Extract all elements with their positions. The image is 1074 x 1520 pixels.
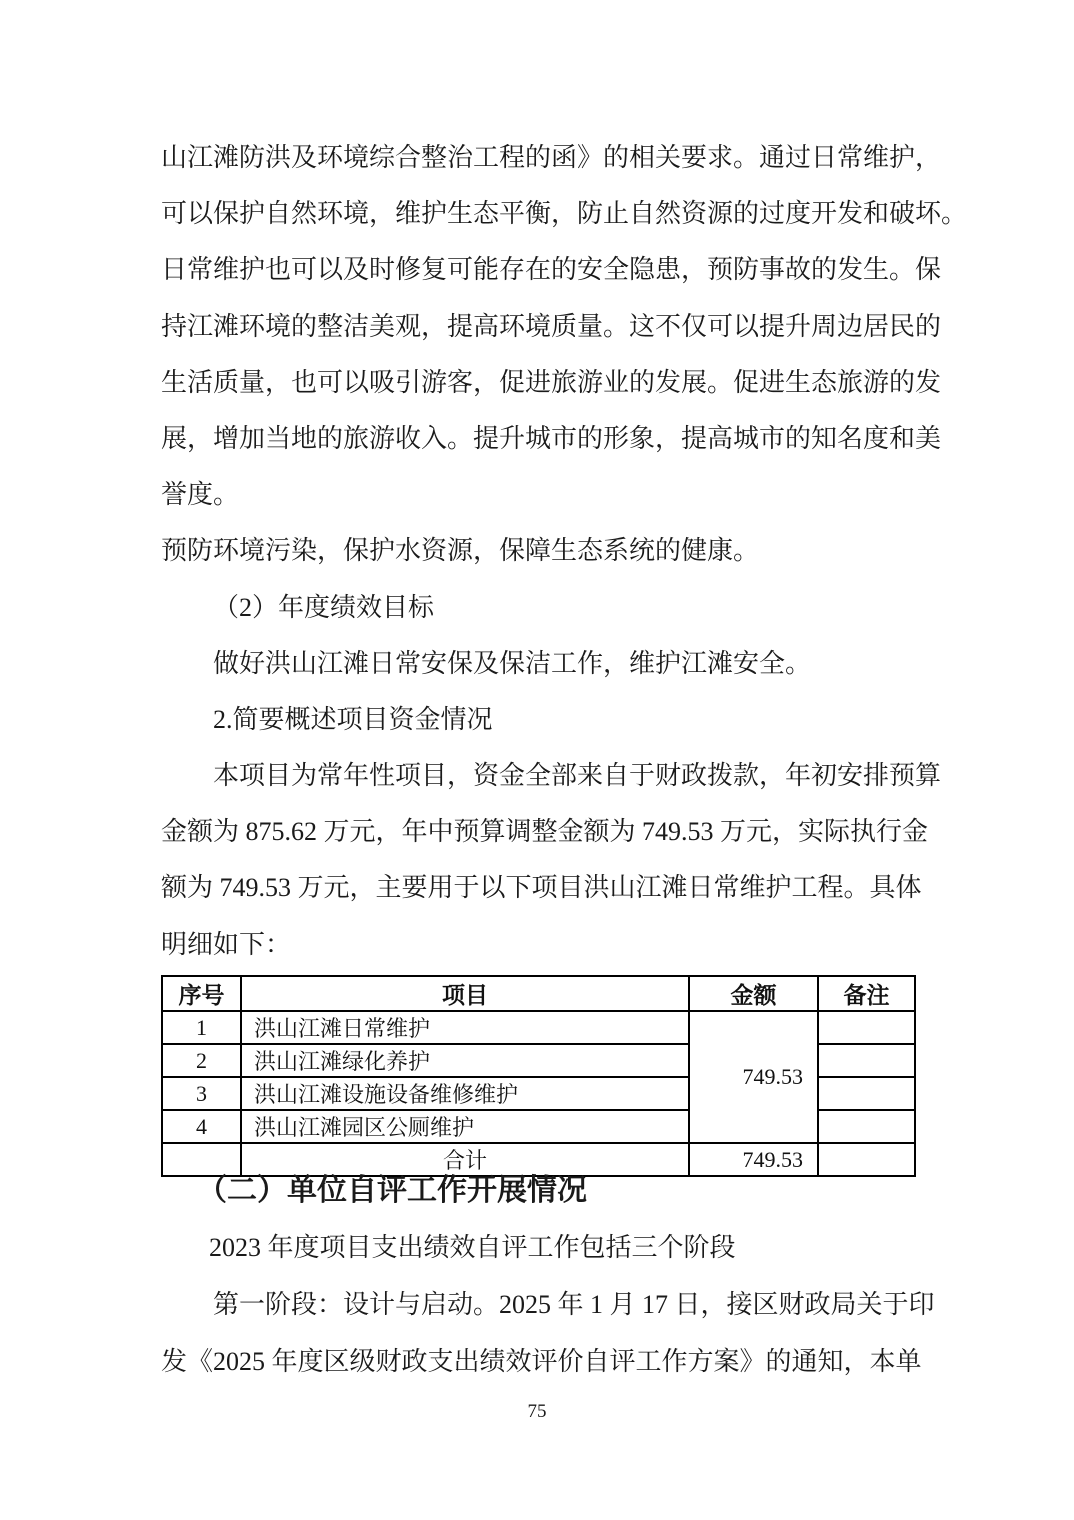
document-page: 山江滩防洪及环境综合整治工程的函》的相关要求。通过日常维护， 可以保护自然环境，…	[0, 0, 1074, 1520]
page-number: 75	[0, 1400, 1074, 1424]
row-note-cell	[818, 1044, 915, 1077]
body-line: 明细如下：	[161, 917, 914, 973]
row-no-cell: 1	[162, 1011, 241, 1044]
table-row: 1 洪山江滩日常维护 749.53	[162, 1011, 915, 1044]
body-text-top: 山江滩防洪及环境综合整治工程的函》的相关要求。通过日常维护， 可以保护自然环境，…	[161, 130, 914, 973]
section-heading: （二）单位自评工作开展情况	[161, 1162, 914, 1219]
body-line: 做好洪山江滩日常安保及保洁工作，维护江滩安全。	[161, 636, 914, 692]
table-header-row: 序号 项目 金额 备注	[162, 976, 915, 1011]
row-no-cell: 2	[162, 1044, 241, 1077]
merged-amount-cell: 749.53	[689, 1011, 818, 1143]
body-line: 日常维护也可以及时修复可能存在的安全隐患，预防事故的发生。保	[161, 242, 914, 298]
body-line: 第一阶段：设计与启动。2025 年 1 月 17 日，接区财政局关于印	[161, 1276, 914, 1333]
column-header-note: 备注	[818, 976, 915, 1011]
row-no-cell: 4	[162, 1110, 241, 1143]
row-note-cell	[818, 1011, 915, 1044]
row-item-cell: 洪山江滩设施设备维修维护	[241, 1077, 689, 1110]
body-line: 本项目为常年性项目，资金全部来自于财政拨款，年初安排预算	[161, 748, 914, 804]
body-line: 发《2025 年度区级财政支出绩效评价自评工作方案》的通知，本单	[161, 1333, 914, 1390]
funding-detail-table: 序号 项目 金额 备注 1 洪山江滩日常维护 749.53 2 洪山江滩绿化养护…	[161, 975, 916, 1177]
body-line: 山江滩防洪及环境综合整治工程的函》的相关要求。通过日常维护，	[161, 130, 914, 186]
column-header-item: 项目	[241, 976, 689, 1011]
column-header-no: 序号	[162, 976, 241, 1011]
row-no-cell: 3	[162, 1077, 241, 1110]
body-line: 金额为 875.62 万元，年中预算调整金额为 749.53 万元，实际执行金	[161, 804, 914, 860]
body-line-subheading: （2）年度绩效目标	[161, 580, 914, 636]
body-line: 额为 749.53 万元，主要用于以下项目洪山江滩日常维护工程。具体	[161, 860, 914, 916]
body-line: 生活质量，也可以吸引游客，促进旅游业的发展。促进生态旅游的发	[161, 355, 914, 411]
row-item-cell: 洪山江滩绿化养护	[241, 1044, 689, 1077]
column-header-amount: 金额	[689, 976, 818, 1011]
body-line: 2023 年度项目支出绩效自评工作包括三个阶段	[161, 1219, 914, 1276]
body-line-subheading: 2.简要概述项目资金情况	[161, 692, 914, 748]
body-line: 可以保护自然环境，维护生态平衡，防止自然资源的过度开发和破坏。	[161, 186, 914, 242]
body-text-bottom: （二）单位自评工作开展情况 2023 年度项目支出绩效自评工作包括三个阶段 第一…	[161, 1162, 914, 1390]
row-note-cell	[818, 1110, 915, 1143]
row-note-cell	[818, 1077, 915, 1110]
body-line: 预防环境污染，保护水资源，保障生态系统的健康。	[161, 523, 914, 579]
body-line: 持江滩环境的整洁美观，提高环境质量。这不仅可以提升周边居民的	[161, 299, 914, 355]
body-line: 展，增加当地的旅游收入。提升城市的形象，提高城市的知名度和美	[161, 411, 914, 467]
body-line: 誉度。	[161, 467, 914, 523]
row-item-cell: 洪山江滩日常维护	[241, 1011, 689, 1044]
row-item-cell: 洪山江滩园区公厕维护	[241, 1110, 689, 1143]
